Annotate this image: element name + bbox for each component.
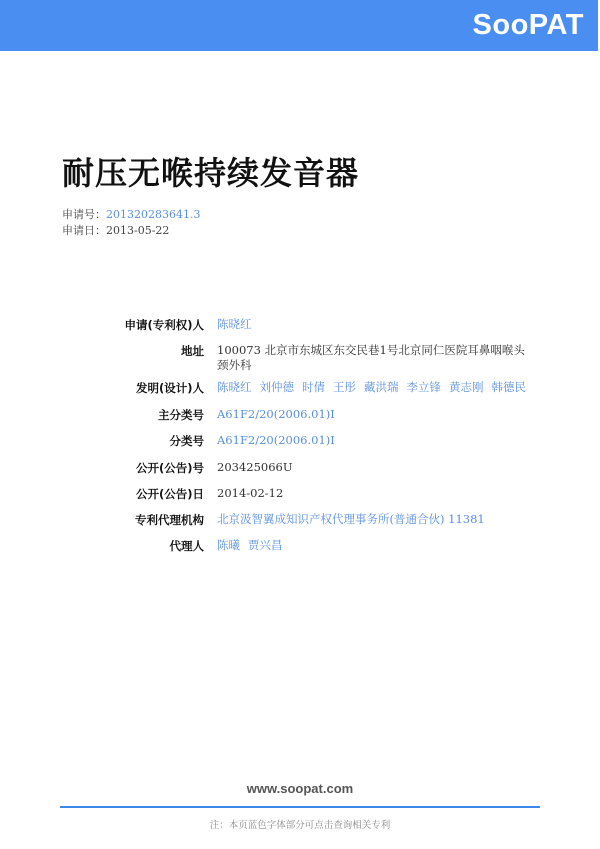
inventor-link[interactable]: 王彤	[333, 380, 356, 394]
brand-logo[interactable]: SooPAT	[473, 9, 584, 42]
agency-label: 专利代理机构	[84, 512, 204, 528]
footer-note: 注：本页蓝色字体部分可点击查询相关专利	[0, 817, 600, 831]
application-date-line: 申请日：2013-05-22	[62, 222, 169, 238]
application-number-link[interactable]: 201320283641.3	[106, 208, 200, 221]
agent-link[interactable]: 陈曦	[217, 538, 240, 552]
class-link[interactable]: A61F2/20(2006.01)I	[217, 433, 547, 448]
inventors-label: 发明(设计)人	[84, 380, 204, 396]
applicant-label: 申请(专利权)人	[84, 317, 204, 333]
agents-label: 代理人	[84, 538, 204, 554]
agency-link[interactable]: 北京汲智翼成知识产权代理事务所(普通合伙) 11381	[217, 512, 547, 527]
publication-date-value: 2014-02-12	[217, 486, 547, 501]
agent-link[interactable]: 贾兴昌	[248, 538, 283, 552]
inventor-link[interactable]: 刘仲德	[260, 380, 295, 394]
footer-divider	[60, 806, 540, 808]
inventor-link[interactable]: 时倩	[302, 380, 325, 394]
application-number-line: 申请号：201320283641.3	[62, 206, 200, 222]
inventor-link[interactable]: 李立锋	[407, 380, 442, 394]
publication-number-value: 203425066U	[217, 460, 547, 475]
inventor-link[interactable]: 黄志刚	[449, 380, 484, 394]
address-value: 100073 北京市东城区东交民巷1号北京同仁医院耳鼻咽喉头颈外科	[217, 343, 535, 373]
inventors-list: 陈晓红刘仲德时倩王彤藏洪瑞李立锋黄志刚韩德民	[217, 380, 547, 395]
publication-number-label: 公开(公告)号	[84, 460, 204, 476]
publication-date-label: 公开(公告)日	[84, 486, 204, 502]
applicant-link[interactable]: 陈晓红	[217, 317, 547, 332]
application-date-value: 2013-05-22	[106, 224, 169, 237]
application-date-label: 申请日：	[62, 224, 106, 237]
inventor-link[interactable]: 藏洪瑞	[364, 380, 399, 394]
address-label: 地址	[84, 343, 204, 359]
inventor-link[interactable]: 韩德民	[492, 380, 527, 394]
application-number-label: 申请号：	[62, 208, 106, 221]
agents-list: 陈曦贾兴昌	[217, 538, 547, 553]
main-class-label: 主分类号	[84, 407, 204, 423]
main-class-link[interactable]: A61F2/20(2006.01)I	[217, 407, 547, 422]
inventor-link[interactable]: 陈晓红	[217, 380, 252, 394]
page-title: 耐压无喉持续发音器	[62, 148, 359, 194]
header-bar: SooPAT	[0, 0, 598, 51]
class-label: 分类号	[84, 433, 204, 449]
footer-url-link[interactable]: www.soopat.com	[0, 781, 600, 796]
